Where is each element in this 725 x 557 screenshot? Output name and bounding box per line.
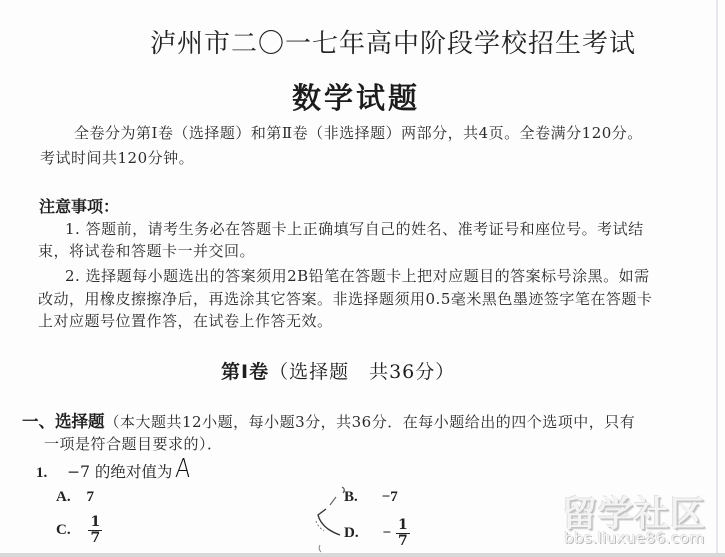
- option-c-numerator: 1: [88, 515, 102, 531]
- question-number: 1.: [36, 465, 47, 481]
- question-1: 1. −7 的绝对值为: [36, 460, 172, 482]
- handwritten-answer: A: [174, 454, 191, 484]
- question-part-title: 一、选择题: [22, 412, 105, 431]
- option-c-label: C.: [56, 522, 71, 538]
- option-a-value: 7: [86, 489, 94, 505]
- intro-line-2: 考试时间共120分钟。: [40, 147, 194, 168]
- page-edge-line: [716, 0, 718, 553]
- option-c-denominator: 7: [90, 531, 100, 546]
- option-d-denominator: 7: [398, 534, 408, 549]
- notes-heading: 注意事项：: [39, 194, 119, 217]
- option-b-value: −7: [382, 489, 398, 505]
- exam-page: 泸州市二〇一七年高中阶段学校招生考试 数学试题 全卷分为第Ⅰ卷（选择题）和第Ⅱ卷…: [0, 0, 725, 557]
- intro-line-1: 全卷分为第Ⅰ卷（选择题）和第Ⅱ卷（非选择题）两部分，共4页。全卷满分120分。: [74, 122, 643, 143]
- question-stem: −7 的绝对值为: [67, 463, 172, 481]
- section-heading: 第Ⅰ卷（选择题 共36分）: [221, 357, 455, 384]
- exam-title: 泸州市二〇一七年高中阶段学校招生考试: [150, 23, 636, 60]
- note-2-line-1: 2. 选择题每小题选出的答案须用2B铅笔在答题卡上把对应题目的答案标号涂黑。如需: [65, 265, 650, 286]
- option-b: B. −7: [344, 487, 398, 506]
- note-1-line-2: 束，将试卷和答题卡一并交回。: [38, 240, 255, 261]
- note-1-line-1: 1. 答题前，请考生务必在答题卡上正确填写自己的姓名、准考证号和座位号。考试结: [65, 218, 644, 239]
- option-a: A. 7: [56, 487, 94, 506]
- option-d-fraction: 1 7: [396, 518, 410, 548]
- handwritten-scribble-icon: [312, 485, 352, 553]
- option-d: D. − 1 7: [344, 518, 410, 548]
- question-part-desc-1: （本大题共12小题，每小题3分，共36分．在每小题给出的四个选项中，只有: [105, 413, 636, 431]
- option-d-numerator: 1: [396, 518, 410, 534]
- watermark-url: bbs.liuxue86.com: [564, 529, 705, 547]
- note-2-line-2: 改动，用橡皮擦擦净后，再选涂其它答案。非选择题须用0.5毫米黑色墨迹签字笔在答题…: [38, 288, 652, 309]
- section-title-bold: 第Ⅰ卷: [221, 361, 269, 383]
- bottom-scan-border: [0, 553, 725, 557]
- question-part-desc-2: 一项是符合题目要求的）．: [44, 433, 223, 454]
- option-c: C. 1 7: [56, 515, 102, 545]
- option-c-fraction: 1 7: [88, 515, 102, 545]
- option-a-label: A.: [56, 489, 71, 505]
- subject-title: 数学试题: [292, 76, 420, 117]
- question-part-heading: 一、选择题（本大题共12小题，每小题3分，共36分．在每小题给出的四个选项中，只…: [22, 408, 635, 432]
- watermark: 留学社区 bbs.liuxue86.com: [560, 487, 720, 549]
- note-2-line-3: 上对应题号位置作答，在试卷上作答无效。: [38, 310, 333, 331]
- option-d-sign: −: [382, 525, 391, 541]
- section-title-rest: （选择题 共36分）: [269, 361, 455, 383]
